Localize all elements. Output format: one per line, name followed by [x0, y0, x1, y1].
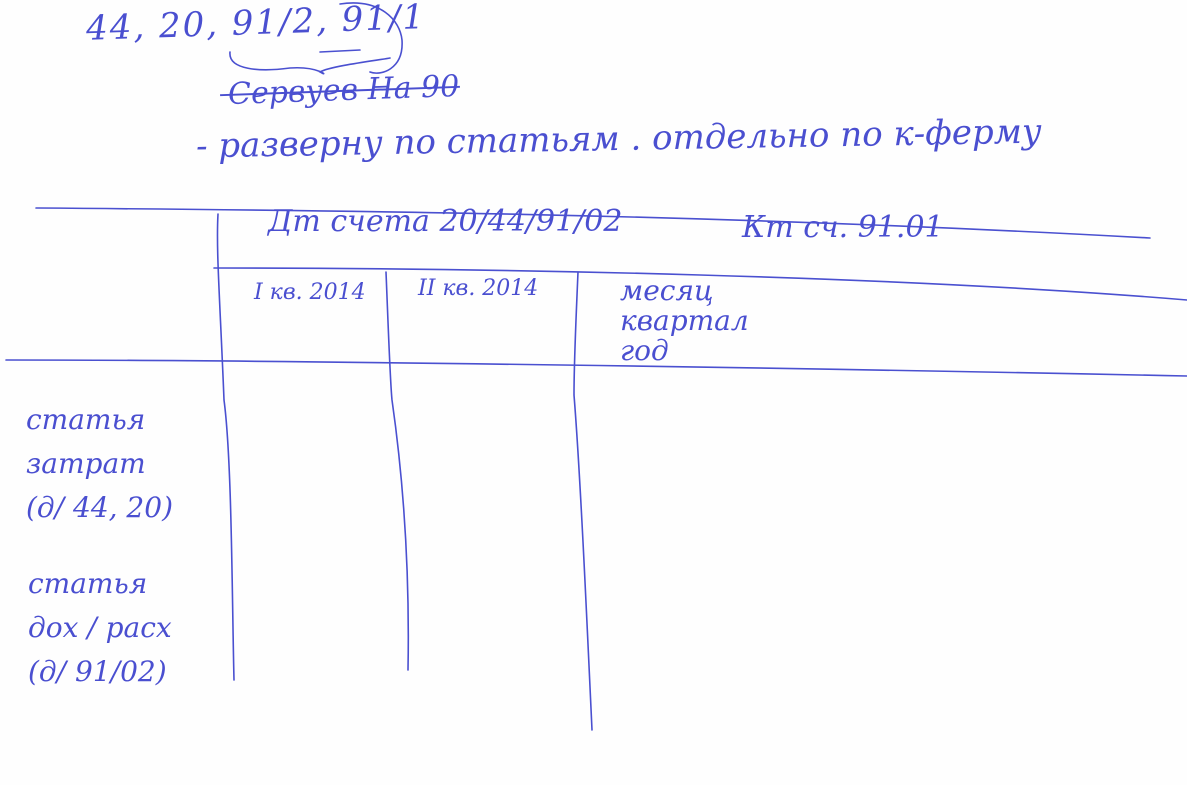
debit-header: Дт счета 20/44/91/02: [268, 207, 622, 237]
row-cost-item: статья затрат (д/ 44, 20): [26, 398, 173, 530]
column-period: месяц квартал год: [620, 276, 749, 366]
row-cost-item-line-1: статья: [26, 398, 173, 442]
row-income-expense-line-3: (д/ 91/02): [28, 650, 172, 694]
row-cost-item-line-2: затрат: [26, 442, 173, 486]
row-income-expense-line-2: дох / расх: [28, 606, 172, 650]
column-q2-2014: II кв. 2014: [418, 278, 538, 300]
q2-period-divider-line: [574, 272, 592, 730]
period-month: месяц: [620, 276, 749, 306]
row-income-expense-line-1: статья: [28, 562, 172, 606]
left-border-line: [217, 214, 234, 680]
column-q1-2014: I кв. 2014: [254, 282, 366, 304]
period-quarter: квартал: [620, 306, 749, 336]
scanned-page: 44, 20, 91/2, 91/1 Сервуев На 90 - разве…: [0, 0, 1187, 785]
row-income-expense-item: статья дох / расх (д/ 91/02): [28, 562, 172, 694]
q1-q2-divider-line: [386, 272, 408, 670]
flourish-stroke: [230, 52, 390, 74]
credit-header: Кт сч. 91.01: [742, 213, 944, 243]
columns-divider-line: [6, 360, 1187, 376]
period-year: год: [620, 336, 749, 366]
row-cost-item-line-3: (д/ 44, 20): [26, 486, 173, 530]
underline-stroke: [320, 50, 360, 52]
